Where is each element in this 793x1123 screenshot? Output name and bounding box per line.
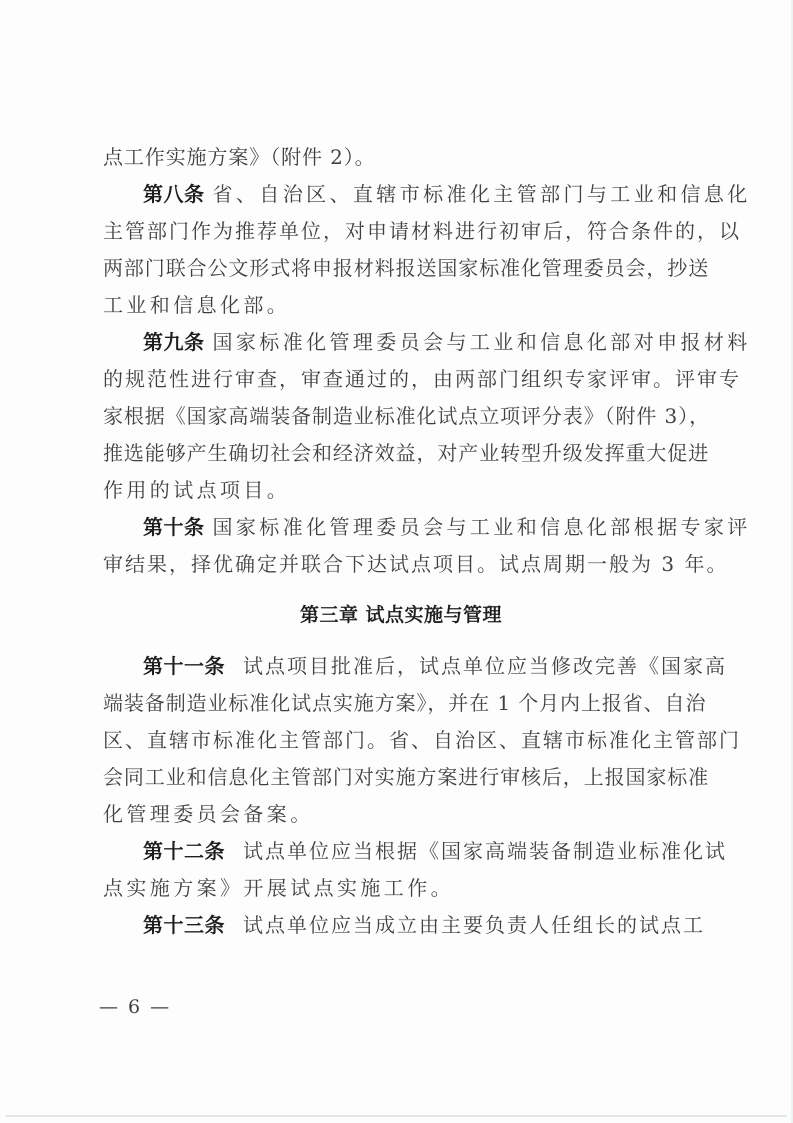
paragraph-line: 区、直辖市标准化主管部门。省、自治区、直辖市标准化主管部门 xyxy=(103,722,699,759)
paragraph-line: 端装备制造业标准化试点实施方案》，并在 1 个月内上报省、自治 xyxy=(103,685,699,722)
article-number: 第十一条 xyxy=(143,654,225,678)
document-body: 点工作实施方案》（附件 2）。 第八条省、自治区、直辖市标准化主管部门与工业和信… xyxy=(103,139,699,944)
article-8-line-1: 第八条省、自治区、直辖市标准化主管部门与工业和信息化 xyxy=(103,176,699,213)
article-11-line-1: 第十一条试点项目批准后，试点单位应当修改完善《国家高 xyxy=(103,648,699,685)
article-number: 第八条 xyxy=(143,182,205,206)
article-number: 第十三条 xyxy=(143,913,225,937)
article-number: 第九条 xyxy=(143,330,205,354)
paragraph-line: 工业和信息化部。 xyxy=(103,287,699,324)
article-9-line-1: 第九条国家标准化管理委员会与工业和信息化部对申报材料 xyxy=(103,324,699,361)
paragraph-line: 点工作实施方案》（附件 2）。 xyxy=(103,139,699,176)
page-edge-bottom xyxy=(6,1115,787,1117)
paragraph-line: 主管部门作为推荐单位，对申请材料进行初审后，符合条件的，以 xyxy=(103,213,699,250)
paragraph-line: 推选能够产生确切社会和经济效益，对产业转型升级发挥重大促进 xyxy=(103,435,699,472)
article-number: 第十二条 xyxy=(143,839,225,863)
chapter-title: 第三章 试点实施与管理 xyxy=(103,597,699,634)
paragraph-line: 家根据《国家高端装备制造业标准化试点立项评分表》（附件 3）， xyxy=(103,398,699,435)
paragraph-line: 审结果，择优确定并联合下达试点项目。试点周期一般为 3 年。 xyxy=(103,546,699,583)
paragraph-line: 会同工业和信息化主管部门对实施方案进行审核后，上报国家标准 xyxy=(103,759,699,796)
paragraph-line: 化管理委员会备案。 xyxy=(103,796,699,833)
article-12-line-1: 第十二条试点单位应当根据《国家高端装备制造业标准化试 xyxy=(103,833,699,870)
page-number: — 6 — xyxy=(99,996,171,1018)
paragraph-line: 的规范性进行审查，审查通过的，由两部门组织专家评审。评审专 xyxy=(103,361,699,398)
paragraph-line: 作用的试点项目。 xyxy=(103,472,699,509)
article-number: 第十条 xyxy=(143,515,205,539)
paragraph-line: 两部门联合公文形式将申报材料报送国家标准化管理委员会，抄送 xyxy=(103,250,699,287)
document-page: 点工作实施方案》（附件 2）。 第八条省、自治区、直辖市标准化主管部门与工业和信… xyxy=(0,0,793,1123)
article-10-line-1: 第十条国家标准化管理委员会与工业和信息化部根据专家评 xyxy=(103,509,699,546)
paragraph-line: 点实施方案》开展试点实施工作。 xyxy=(103,870,699,907)
article-13-line-1: 第十三条试点单位应当成立由主要负责人任组长的试点工 xyxy=(103,907,699,944)
